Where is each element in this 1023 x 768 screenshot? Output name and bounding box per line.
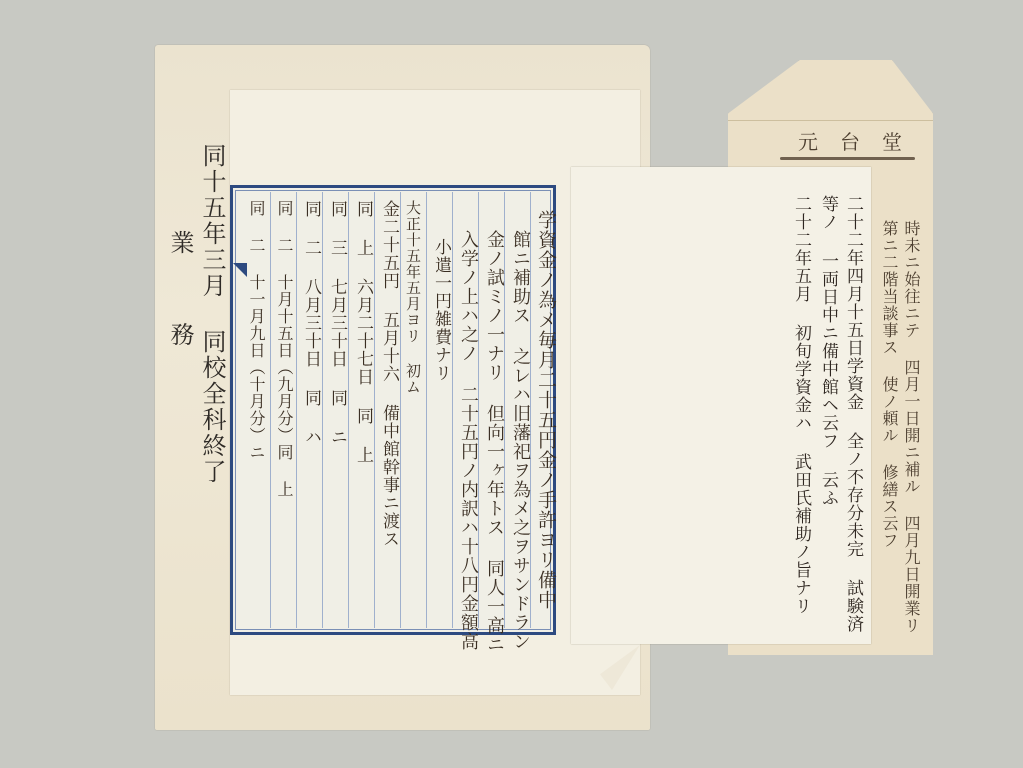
ledger-column-5: 小遣一円雑費ナリ [429, 238, 454, 382]
ruled-line [270, 192, 271, 628]
ledger-column-4: 入学ノ上ハ之ノ 二十五円ノ内訳ハ十八円金額高 [455, 230, 481, 651]
ledger-column-7: 金二十五円 五月十六 備中館幹事ニ渡ス [377, 200, 402, 548]
front-note-sheet: 二十二年四月十五日学資金 全ノ不存分未完 試験済 等ノ 一両日中ニ備中館ヘ云フ … [571, 167, 871, 644]
envelope-column-1: 時未ニ始往ニテ 四月一日開ニ補ル 四月九日開業リ [900, 220, 923, 634]
ledger-column-2: 館ニ補助ス 之レハ旧藩祀ヲ為メ之ヲサンドラン [507, 230, 533, 651]
ruled-line [426, 192, 427, 628]
ledger-column-9: 同 三 七月三十日 同 ニ [325, 200, 350, 446]
ledger-column-1: 学資金ノ為メ毎月二十五円金ノ手許ヨリ備中 [533, 210, 560, 610]
envelope-sender-label: 元台堂 [798, 126, 924, 155]
ruled-ledger-paper: 学資金ノ為メ毎月二十五円金ノ手許ヨリ備中 館ニ補助ス 之レハ旧藩祀ヲ為メ之ヲサン… [230, 185, 556, 635]
ledger-column-6: 大正十五年五月ヨリ 初ム [403, 200, 424, 395]
back-sheet-line-2: 業 務 [163, 230, 198, 366]
note-column-2: 等ノ 一両日中ニ備中館ヘ云フ 云ふ [816, 195, 841, 507]
ruled-line [296, 192, 297, 628]
ledger-column-3: 金ノ試ミノ一ナリ 但向一ヶ年トス 同人一高ニ [481, 230, 507, 654]
note-column-3: 二十二年五月 初旬学資金ハ 武田氏補助ノ旨ナリ [789, 195, 814, 615]
ledger-column-10: 同 二 八月三十日 同 ハ [299, 200, 324, 446]
ledger-column-11: 同 二 十月十五日（九月分）同 上 [273, 200, 296, 498]
envelope-underline [780, 157, 915, 160]
back-sheet-line-1: 同十五年三月 同校全科終了 [195, 143, 230, 485]
envelope-flap-fold [728, 120, 933, 121]
envelope-column-2: 第ニ二階当談事ス 使ノ頼ル 修繕ス云フ [878, 220, 901, 549]
ledger-column-8: 同 上 六月二十七日 同 上 [351, 200, 376, 464]
note-column-1: 二十二年四月十五日学資金 全ノ不存分未完 試験済 [841, 195, 866, 633]
ledger-column-12: 同 二 十一月九日（十月分）ニ [245, 200, 268, 461]
